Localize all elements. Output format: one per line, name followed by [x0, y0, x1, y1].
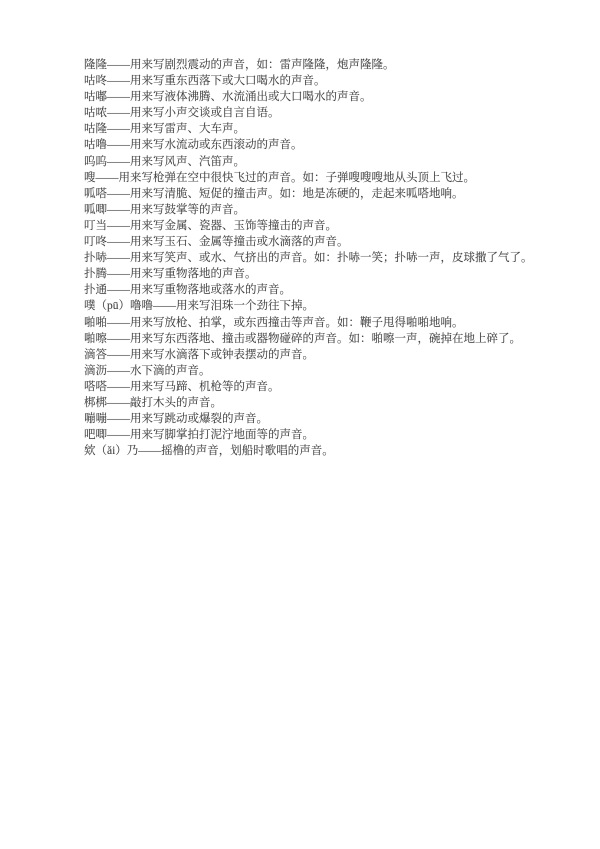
text-line: 叮咚——用来写玉石、金属等撞击或水滴落的声音。	[84, 234, 574, 250]
text-line: 噗（pū）噜噜——用来写泪珠一个劲往下掉。	[84, 298, 574, 314]
text-line: 呱嗒——用来写清脆、短促的撞击声。如：地是冻硬的，走起来呱嗒地响。	[84, 186, 574, 202]
text-line: 咕隆——用来写雷声、大车声。	[84, 121, 574, 137]
text-line: 啪嚓——用来写东西落地、撞击或器物碰碎的声音。如：啪嚓一声，碗掉在地上碎了。	[84, 331, 574, 347]
text-line: 欸（ǎi）乃——摇橹的声音，划船时歌唱的声音。	[84, 443, 574, 459]
text-line: 扑通——用来写重物落地或落水的声音。	[84, 282, 574, 298]
text-line: 隆隆——用来写剧烈震动的声音，如：雷声隆隆，炮声隆隆。	[84, 57, 574, 73]
document-page: 隆隆——用来写剧烈震动的声音，如：雷声隆隆，炮声隆隆。咕咚——用来写重东西落下或…	[0, 0, 600, 849]
text-line: 滴答——用来写水滴落下或钟表摆动的声音。	[84, 347, 574, 363]
text-line: 滴沥——水下滴的声音。	[84, 363, 574, 379]
text-line: 咕咚——用来写重东西落下或大口喝水的声音。	[84, 73, 574, 89]
text-line: 扑哧——用来写笑声、或水、气挤出的声音。如：扑哧一笑；扑哧一声，皮球撒了气了。	[84, 250, 574, 266]
text-block: 隆隆——用来写剧烈震动的声音，如：雷声隆隆，炮声隆隆。咕咚——用来写重东西落下或…	[84, 57, 574, 459]
text-line: 呱唧——用来写鼓掌等的声音。	[84, 202, 574, 218]
text-line: 嗒嗒——用来写马蹄、机枪等的声音。	[84, 379, 574, 395]
text-line: 扑腾——用来写重物落地的声音。	[84, 266, 574, 282]
text-line: 梆梆——敲打木头的声音。	[84, 395, 574, 411]
text-line: 咕噜——用来写水流动或东西滚动的声音。	[84, 137, 574, 153]
text-line: 嗖——用来写枪弹在空中很快飞过的声音。如：子弹嗖嗖嗖地从头顶上飞过。	[84, 170, 574, 186]
text-line: 叮当——用来写金属、瓷器、玉饰等撞击的声音。	[84, 218, 574, 234]
text-line: 呜呜——用来写风声、汽笛声。	[84, 154, 574, 170]
text-line: 啪啪——用来写放枪、拍掌，或东西撞击等声音。如：鞭子甩得啪啪地响。	[84, 315, 574, 331]
text-line: 咕嘟——用来写液体沸腾、水流涌出或大口喝水的声音。	[84, 89, 574, 105]
text-line: 咕哝——用来写小声交谈或自言自语。	[84, 105, 574, 121]
text-line: 吧唧——用来写脚掌拍打泥泞地面等的声音。	[84, 427, 574, 443]
text-line: 嘣嘣——用来写跳动或爆裂的声音。	[84, 411, 574, 427]
